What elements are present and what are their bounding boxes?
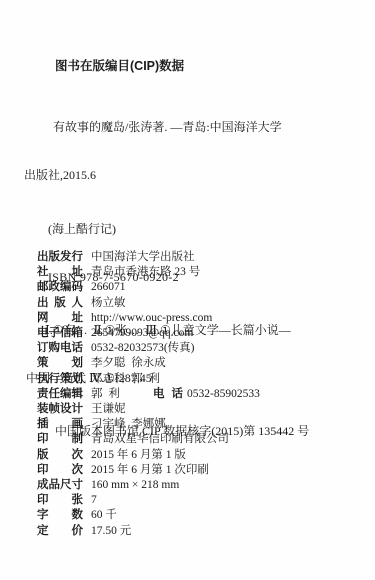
colophon-value: 2015 年 6 月第 1 次印刷 [91,463,209,478]
colophon-label: 印次 [37,463,83,478]
colophon-value: 60 千 [91,508,117,523]
colophon-label: 网址 [37,311,83,326]
copyright-page: 图书在版编目(CIP)数据 有故事的魔岛/张涛著. —青岛:中国海洋大学 出版社… [0,0,375,580]
colophon-row: 定价 17.50 元 [37,524,367,539]
colophon-row: 装帧设计 王谦妮 [37,402,367,417]
colophon-value: 7 [91,493,97,508]
colophon-label: 字数 [37,508,83,523]
colophon-label: 电子信箱 [37,326,83,341]
colophon: 出版发行 中国海洋大学出版社 社址 青岛市香港东路 23 号 邮政编码 2660… [37,250,367,539]
colophon-value: 中国海洋大学出版社 [91,250,195,265]
colophon-row: 网址 http://www.ouc-press.com [37,311,367,326]
colophon-label: 版次 [37,448,83,463]
colophon-row: 执行策划 邓志科 郭 利 [37,372,367,387]
colophon-label: 印张 [37,493,83,508]
colophon-label: 装帧设计 [37,402,83,417]
colophon-value: 杨立敏 [91,296,126,311]
colophon-row: 印张 7 [37,493,367,508]
colophon-value: 17.50 元 [91,524,131,539]
colophon-value: 王谦妮 [91,402,126,417]
colophon-label: 插画 [37,417,83,432]
colophon-row: 策划 李夕聪 徐永成 [37,356,367,371]
colophon-label: 策划 [37,356,83,371]
colophon-row: 社址 青岛市香港东路 23 号 [37,265,367,280]
colophon-row: 成品尺寸 160 mm × 218 mm [37,478,367,493]
colophon-label: 出版人 [37,296,83,311]
colophon-label: 出版发行 [37,250,83,265]
book-title-line-1: 有故事的魔岛/张涛著. —青岛:中国海洋大学 [53,119,369,135]
colophon-row: 订购电话 0532-82032573(传真) [37,341,367,356]
colophon-value: 2015 年 6 月第 1 版 [91,448,186,463]
colophon-value: 邓志科 郭 利 [91,372,160,387]
series-title: (海上酷行记) [48,221,369,237]
colophon-value: 刁宇峰 李娜娜 [91,417,166,432]
colophon-value: 青岛双星华信印刷有限公司 [91,432,229,447]
cip-header: 图书在版编目(CIP)数据 [55,58,369,74]
phone-value: 0532-85902533 [187,387,260,402]
colophon-value: 青岛市香港东路 23 号 [91,265,200,280]
colophon-row: 出版人 杨立敏 [37,296,367,311]
colophon-row: 字数 60 千 [37,508,367,523]
colophon-label: 社址 [37,265,83,280]
phone-label: 电话 [153,387,183,402]
colophon-label: 邮政编码 [37,280,83,295]
colophon-label: 订购电话 [37,341,83,356]
colophon-value-email: 2654799093@qq.com [91,326,193,341]
colophon-label: 印制 [37,432,83,447]
colophon-row: 插画 刁宇峰 李娜娜 [37,417,367,432]
colophon-label: 执行策划 [37,372,83,387]
colophon-value: 266071 [91,280,126,295]
colophon-value: 0532-82032573(传真) [91,341,195,356]
colophon-row: 印次 2015 年 6 月第 1 次印刷 [37,463,367,478]
colophon-value: 160 mm × 218 mm [91,478,179,493]
colophon-label: 定价 [37,524,83,539]
colophon-label: 责任编辑 [37,387,83,402]
colophon-row: 邮政编码 266071 [37,280,367,295]
colophon-row: 版次 2015 年 6 月第 1 版 [37,448,367,463]
colophon-label: 成品尺寸 [37,478,83,493]
colophon-row: 印制 青岛双星华信印刷有限公司 [37,432,367,447]
colophon-value: 郭 利 [91,387,139,402]
colophon-row: 责任编辑 郭 利 电话 0532-85902533 [37,387,367,402]
colophon-value-website: http://www.ouc-press.com [91,311,212,326]
colophon-row: 出版发行 中国海洋大学出版社 [37,250,367,265]
book-title-line-2: 出版社,2015.6 [24,167,369,183]
colophon-row: 电子信箱 2654799093@qq.com [37,326,367,341]
colophon-value: 李夕聪 徐永成 [91,356,166,371]
